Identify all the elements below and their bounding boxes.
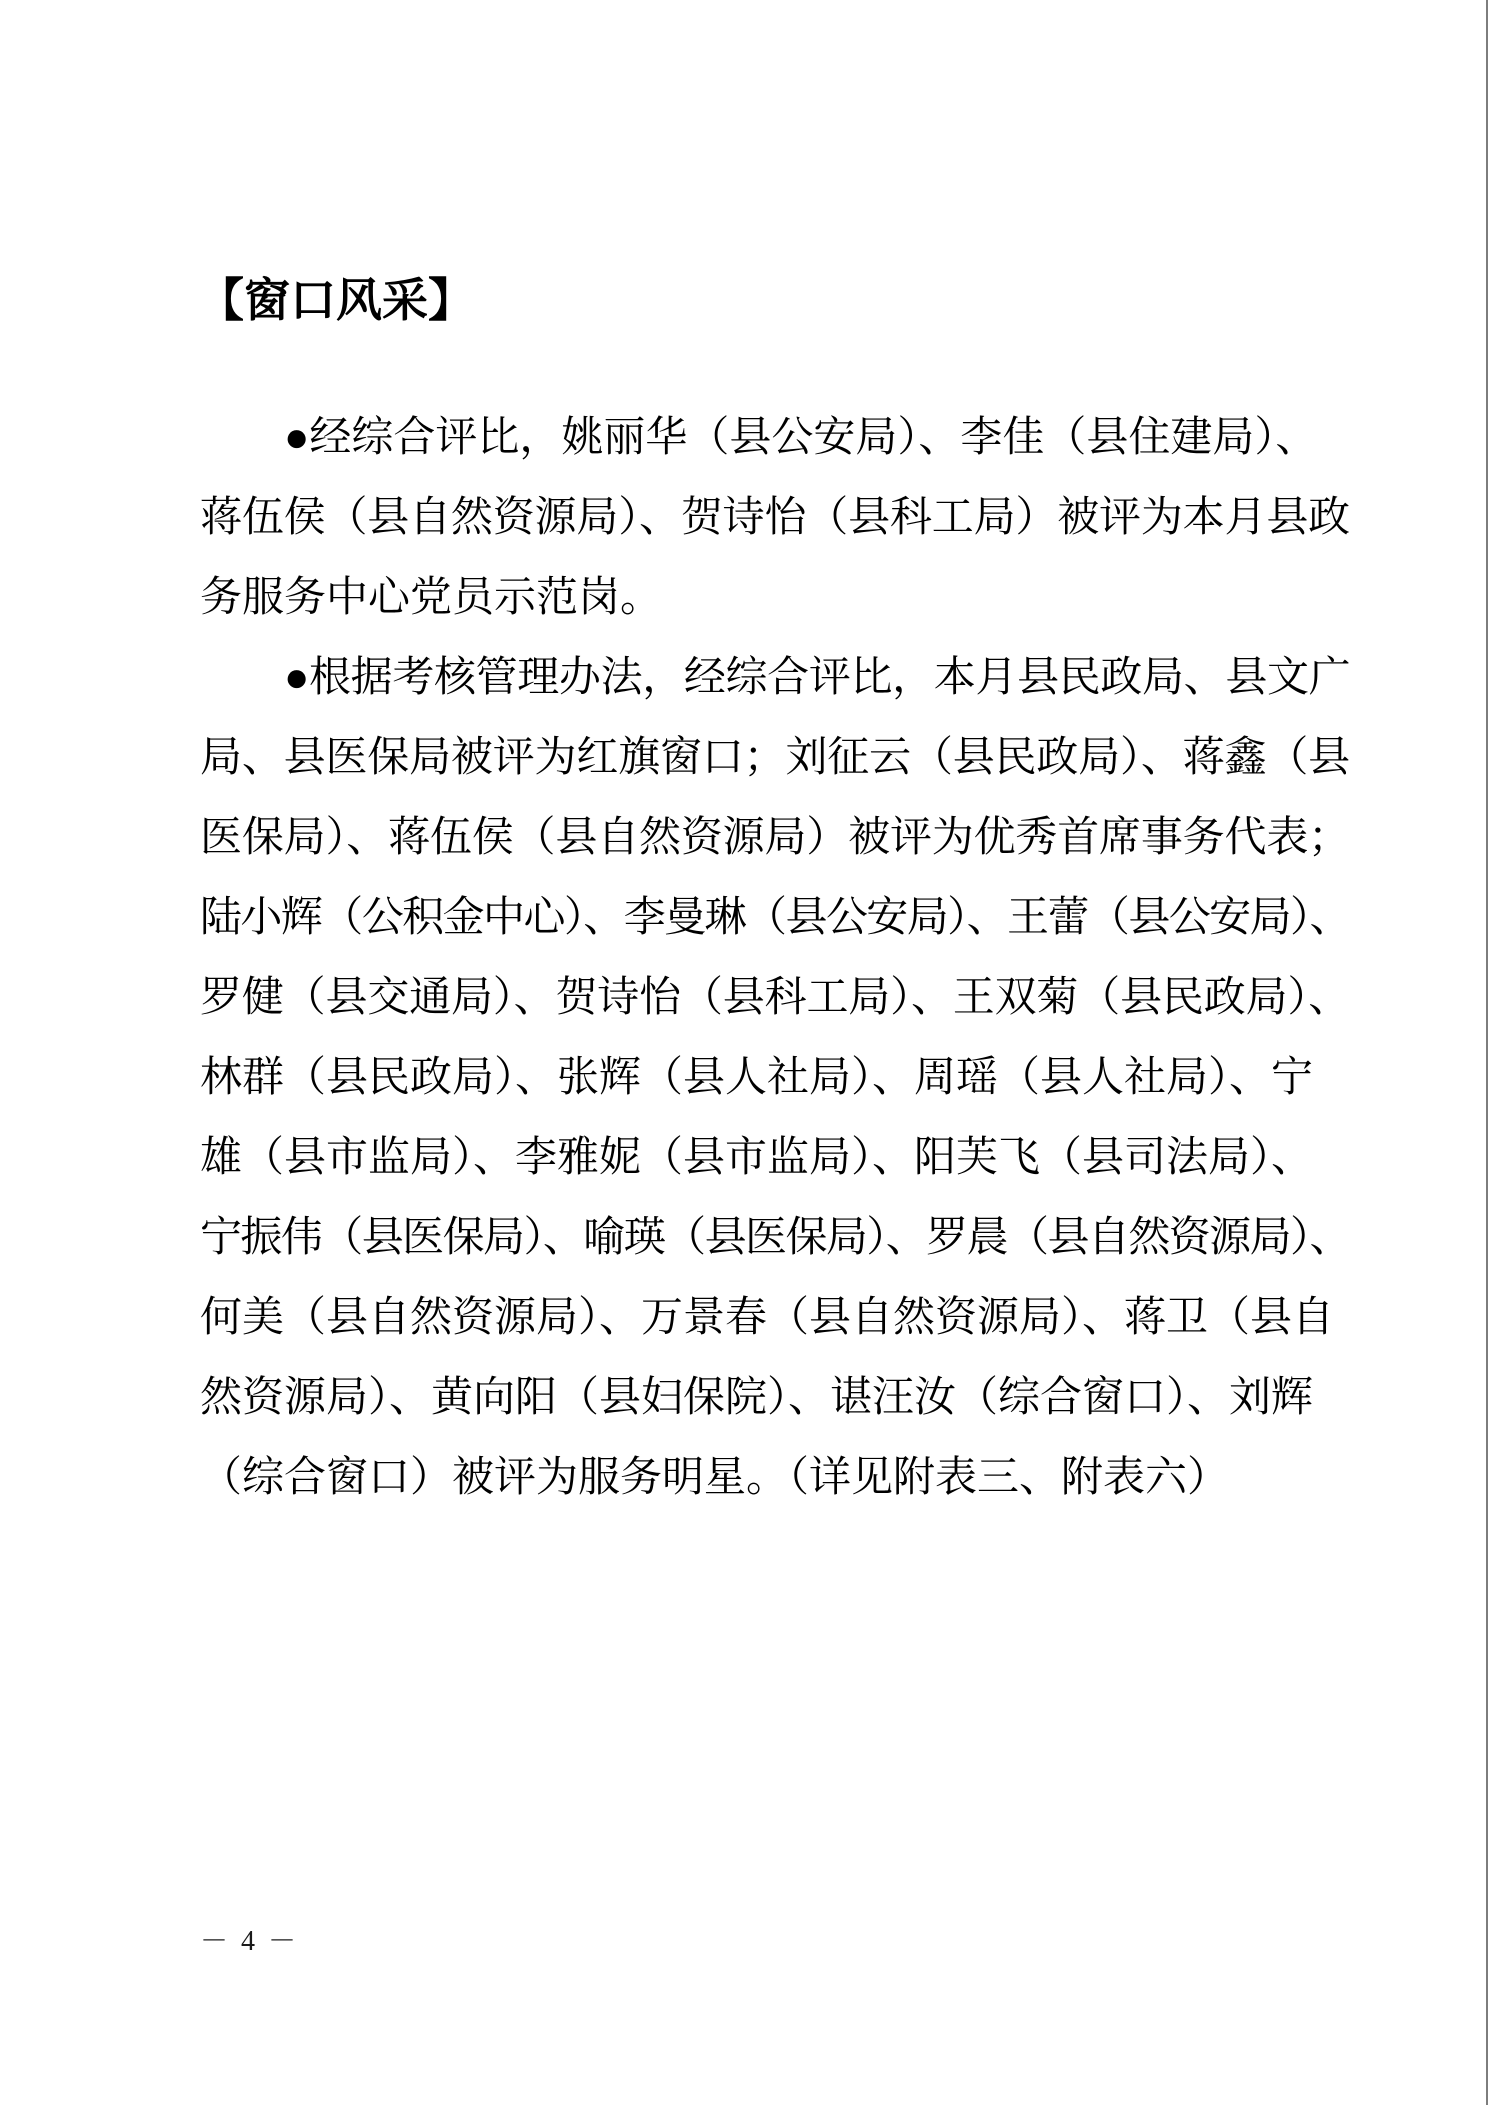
text-line: 罗健（县交通局）、贺诗怡（县科工局）、王双菊（县民政局）、	[200, 958, 1350, 1038]
text-line: 林群（县民政局）、张辉（县人社局）、周瑶（县人社局）、宁	[200, 1038, 1350, 1118]
section-heading: 【窗口风采】	[198, 270, 474, 330]
text-line: 医保局）、蒋伍侯（县自然资源局）被评为优秀首席事务代表；	[200, 798, 1350, 878]
text-line: 蒋伍侯（县自然资源局）、贺诗怡（县科工局）被评为本月县政	[200, 478, 1350, 558]
text-line: 雄（县市监局）、李雅妮（县市监局）、阳芙飞（县司法局）、	[200, 1118, 1350, 1198]
document-body: ●经综合评比，姚丽华（县公安局）、李佳（县住建局）、蒋伍侯（县自然资源局）、贺诗…	[200, 398, 1350, 1518]
page-number: － 4 －	[200, 1924, 299, 1960]
text-line: 然资源局）、黄向阳（县妇保院）、谌汪汝（综合窗口）、刘辉	[200, 1358, 1350, 1438]
text-line: ●经综合评比，姚丽华（县公安局）、李佳（县住建局）、	[200, 398, 1350, 478]
text-line: 宁振伟（县医保局）、喻瑛（县医保局）、罗晨（县自然资源局）、	[200, 1198, 1350, 1278]
text-line: 局、县医保局被评为红旗窗口；刘征云（县民政局）、蒋鑫（县	[200, 718, 1350, 798]
document-page: 【窗口风采】 ●经综合评比，姚丽华（县公安局）、李佳（县住建局）、蒋伍侯（县自然…	[0, 0, 1488, 2105]
text-line: 何美（县自然资源局）、万景春（县自然资源局）、蒋卫（县自	[200, 1278, 1350, 1358]
text-line: 陆小辉（公积金中心）、李曼琳（县公安局）、王蕾（县公安局）、	[200, 878, 1350, 958]
text-line: 务服务中心党员示范岗。	[200, 558, 1350, 638]
text-line: （综合窗口）被评为服务明星。（详见附表三、附表六）	[200, 1438, 1350, 1518]
text-line: ●根据考核管理办法，经综合评比，本月县民政局、县文广	[200, 638, 1350, 718]
